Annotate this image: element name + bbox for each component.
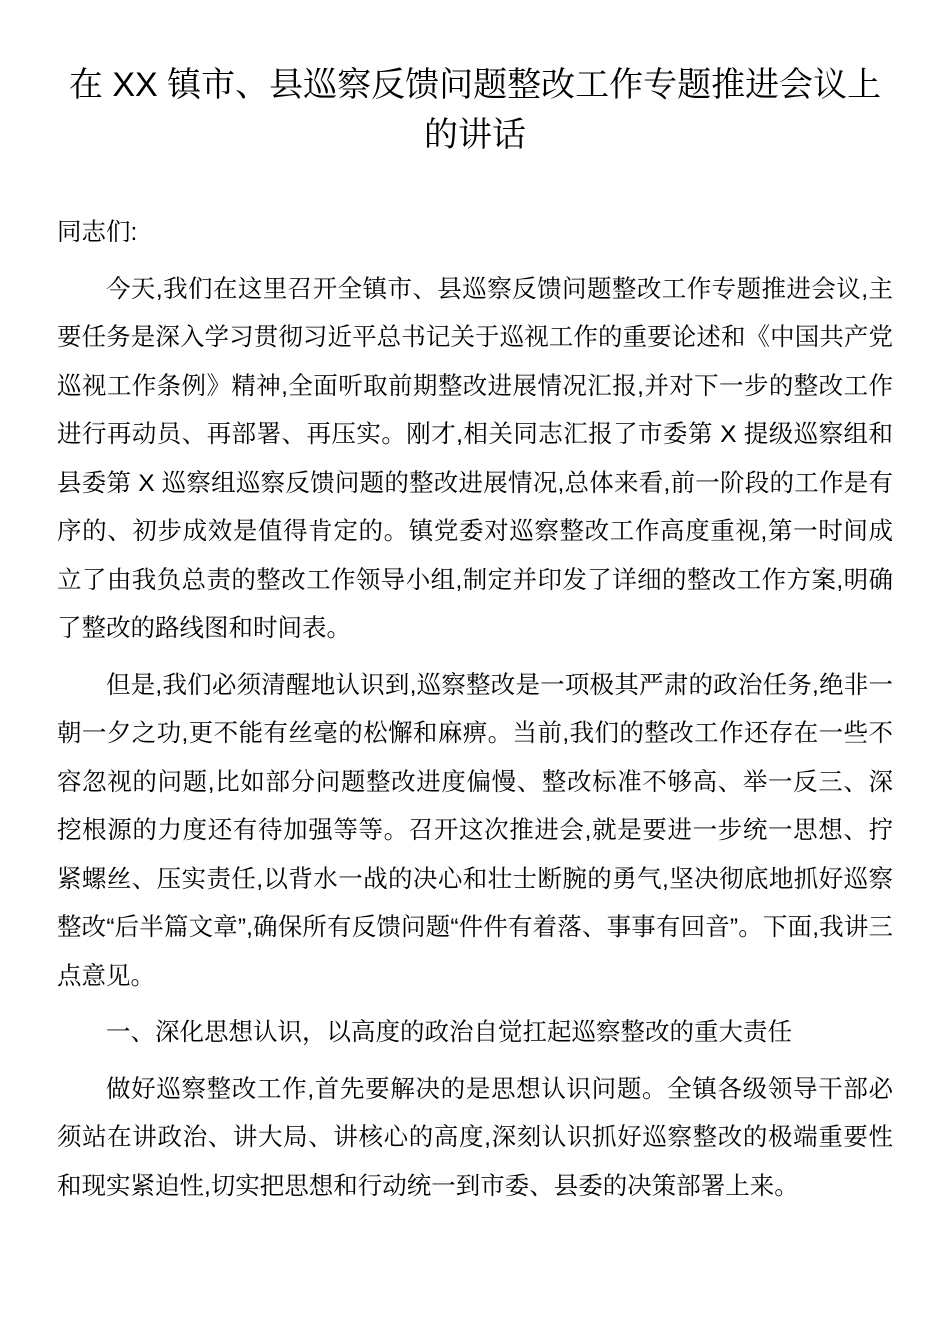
salutation: 同志们: (57, 209, 893, 258)
section-heading-1: 一、深化思想认识，以高度的政治自觉扛起巡察整改的重大责任 (57, 1009, 893, 1058)
paragraph-opening: 今天,我们在这里召开全镇市、县巡察反馈问题整改工作专题推进会议,主要任务是深入学… (57, 266, 893, 654)
document-title: 在 XX 镇市、县巡察反馈问题整改工作专题推进会议上的讲话 (57, 60, 893, 160)
paragraph-problems: 但是,我们必须清醒地认识到,巡察整改是一项极其严肃的政治任务,绝非一朝一夕之功,… (57, 662, 893, 1002)
document-page: 在 XX 镇市、县巡察反馈问题整改工作专题推进会议上的讲话 同志们: 今天,我们… (0, 0, 950, 1344)
paragraph-section1-body: 做好巡察整改工作,首先要解决的是思想认识问题。全镇各级领导干部必须站在讲政治、讲… (57, 1066, 893, 1212)
